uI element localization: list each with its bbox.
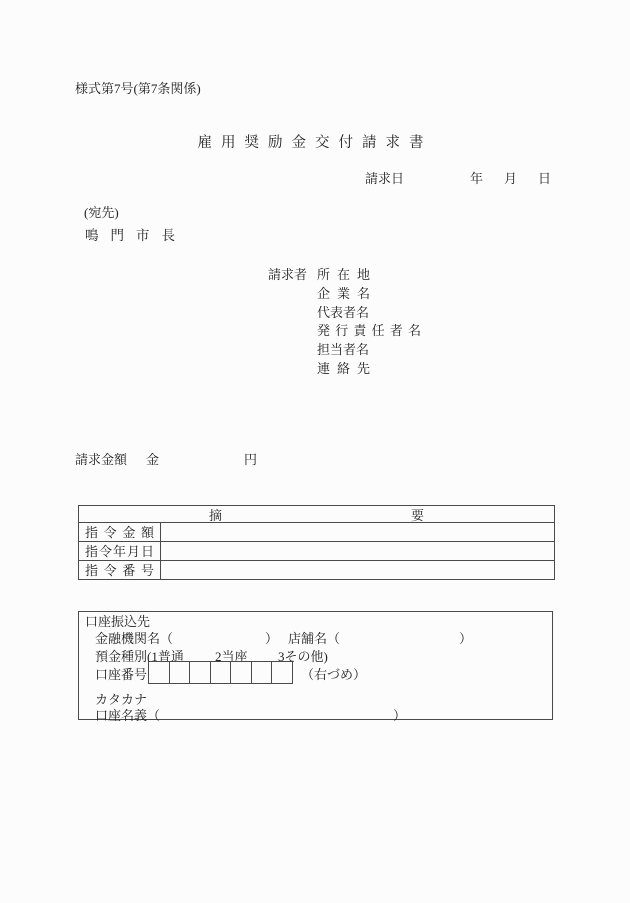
- branch-name-label: 店舗名（: [288, 632, 340, 645]
- bank-name-label: 金融機関名（: [95, 632, 173, 645]
- bank-account-box: 口座振込先 金融機関名（ ） 店舗名（ ） 預金種別(1普通 2当座 3その他)…: [78, 611, 553, 720]
- row-label: 指令金額: [85, 526, 154, 539]
- row-label-cell: 指令番号: [79, 561, 161, 579]
- addressee-name: 鳴門市長: [85, 229, 187, 243]
- request-date-label: 請求日: [365, 172, 404, 185]
- requester-field-label: 代表者名: [317, 305, 369, 320]
- requester-field-label: 担当者名: [317, 342, 369, 357]
- requester-field-address: 所在地: [317, 268, 370, 281]
- request-date-day: 日: [538, 172, 551, 185]
- table-row-order-number: 指令番号: [79, 561, 554, 579]
- account-holder-close-paren: ）: [393, 709, 406, 722]
- requester-label: 請求者: [268, 268, 307, 281]
- row-value-cell[interactable]: [161, 523, 554, 541]
- bank-name-close-paren: ）: [265, 632, 278, 645]
- form-number: 様式第7号(第7条関係): [75, 82, 201, 95]
- requester-field-label: 企業名: [317, 287, 370, 300]
- table-row-order-date: 指令年月日: [79, 542, 554, 561]
- requester-field-label: 所在地: [317, 268, 370, 281]
- summary-table: 摘 要 指令金額 指令年月日 指令番号: [78, 505, 555, 580]
- digit-cell[interactable]: [231, 662, 252, 683]
- request-date-year: 年: [470, 172, 483, 185]
- digit-cell[interactable]: [272, 662, 292, 683]
- page-title: 雇用奨励金交付請求書: [0, 136, 630, 151]
- digit-cell[interactable]: [170, 662, 191, 683]
- amount-suffix: 円: [244, 453, 257, 466]
- amount-prefix: 金: [146, 453, 159, 466]
- request-date-month: 月: [504, 172, 517, 185]
- row-label-cell: 指令年月日: [79, 542, 161, 560]
- document-page: 様式第7号(第7条関係) 雇用奨励金交付請求書 請求日 年 月 日 (宛先) 鳴…: [0, 0, 630, 903]
- summary-header-char-left: 摘: [209, 505, 222, 524]
- digit-cell[interactable]: [252, 662, 273, 683]
- requester-field-label: 発行責任者名: [317, 324, 421, 337]
- requester-field-label: 連絡先: [317, 362, 370, 375]
- summary-header-char-right: 要: [411, 505, 424, 524]
- right-justified-note: （右づめ）: [301, 668, 366, 681]
- row-label: 指令年月日: [85, 545, 154, 558]
- row-label: 指令番号: [85, 564, 154, 577]
- amount-label: 請求金額: [75, 453, 127, 466]
- requester-field-representative: 代表者名: [317, 306, 369, 319]
- addressee-prefix: (宛先): [84, 206, 119, 219]
- requester-field-contact: 連絡先: [317, 362, 370, 375]
- branch-name-close-paren: ）: [459, 632, 472, 645]
- row-value-cell[interactable]: [161, 542, 554, 560]
- account-number-label: 口座番号: [95, 668, 147, 681]
- account-section-title: 口座振込先: [85, 615, 150, 628]
- digit-cell[interactable]: [211, 662, 232, 683]
- row-value-cell[interactable]: [161, 561, 554, 579]
- digit-cell[interactable]: [149, 662, 170, 683]
- account-holder-label: 口座名義（: [95, 709, 160, 722]
- katakana-label: カタカナ: [95, 693, 147, 706]
- table-row-order-amount: 指令金額: [79, 523, 554, 542]
- requester-field-issuing-manager: 発行責任者名: [317, 324, 421, 337]
- account-number-cells: [148, 661, 293, 684]
- digit-cell[interactable]: [190, 662, 211, 683]
- row-label-cell: 指令金額: [79, 523, 161, 541]
- summary-table-header: 摘 要: [79, 506, 554, 523]
- requester-field-contact-person: 担当者名: [317, 343, 369, 356]
- requester-field-company: 企業名: [317, 287, 370, 300]
